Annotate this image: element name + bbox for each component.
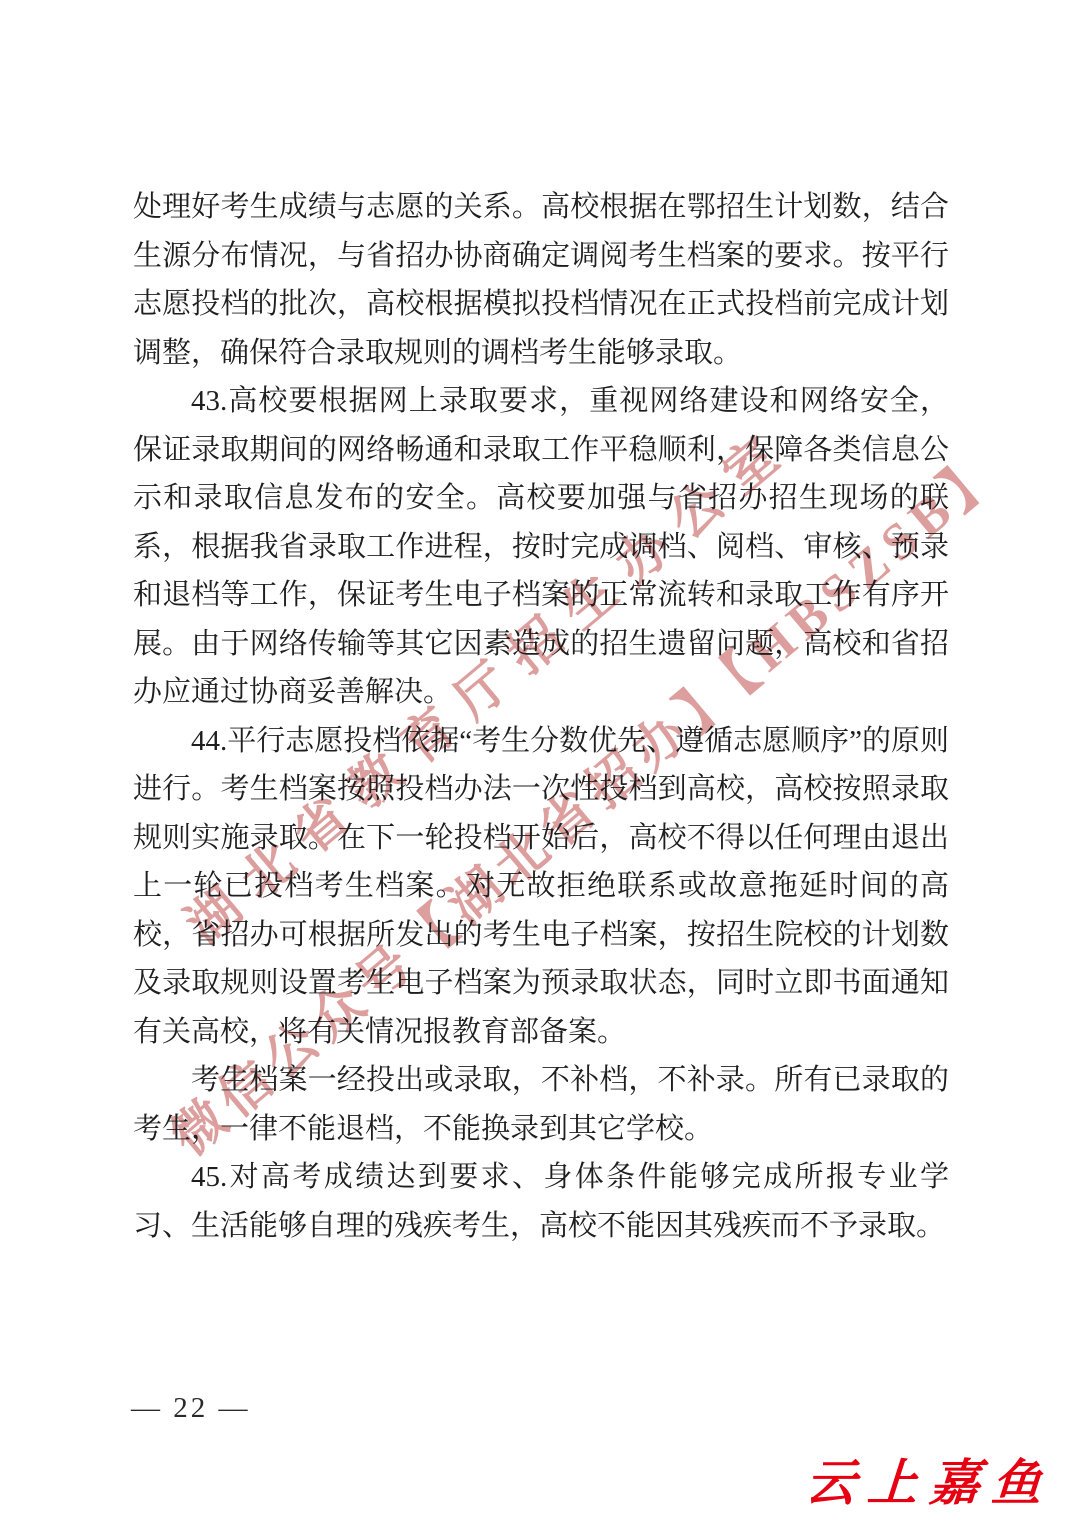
body-paragraph-44: 44.平行志愿投档依据“考生分数优先、遵循志愿顺序”的原则进行。考生档案按照投档…	[133, 717, 949, 1057]
body-paragraph-43: 43.高校要根据网上录取要求，重视网络建设和网络安全，保证录取期间的网络畅通和录…	[133, 377, 949, 717]
body-paragraph-44-note: 考生档案一经投出或录取，不补档，不补录。所有已录取的考生，一律不能退档，不能换录…	[133, 1056, 949, 1153]
body-paragraph-45: 45.对高考成绩达到要求、身体条件能够完成所报专业学习、生活能够自理的残疾考生，…	[133, 1153, 949, 1250]
page-number: — 22 —	[131, 1392, 251, 1425]
document-body: 处理好考生成绩与志愿的关系。高校根据在鄂招生计划数，结合生源分布情况，与省招办协…	[133, 183, 949, 1250]
site-logo-text: 云上嘉鱼	[803, 1443, 1056, 1515]
document-page: 湖北省教育厅招生办公室 微信公众号【湖北省招办】【HBSZSB】 处理好考生成绩…	[0, 0, 1080, 1527]
body-paragraph-continuation: 处理好考生成绩与志愿的关系。高校根据在鄂招生计划数，结合生源分布情况，与省招办协…	[133, 183, 949, 377]
